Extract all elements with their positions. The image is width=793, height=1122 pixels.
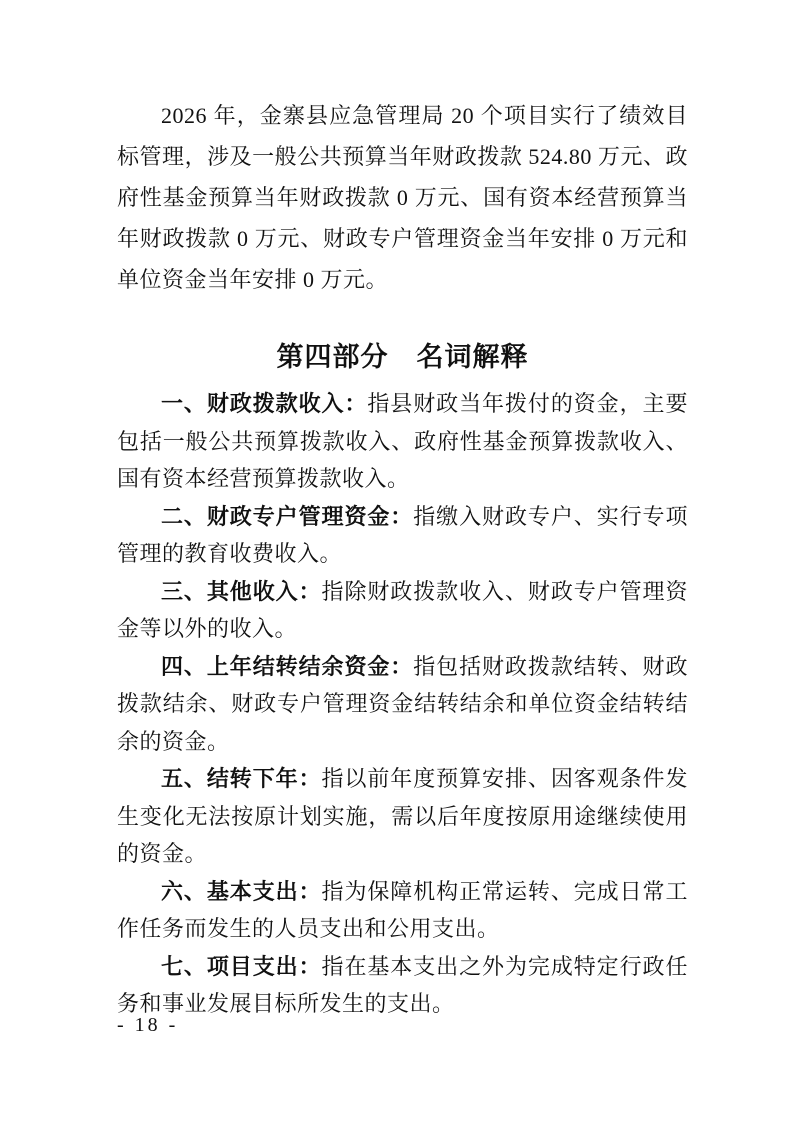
definition-term: 四、上年结转结余资金： (161, 654, 413, 679)
definition-term: 三、其他收入： (161, 579, 322, 604)
definition-item: 五、结转下年：指以前年度预算安排、因客观条件发生变化无法按原计划实施，需以后年度… (117, 760, 688, 873)
definition-item: 一、财政拨款收入：指县财政当年拨付的资金，主要包括一般公共预算拨款收入、政府性基… (117, 385, 688, 498)
definition-item: 四、上年结转结余资金：指包括财政拨款结转、财政拨款结余、财政专户管理资金结转结余… (117, 648, 688, 761)
definition-item: 六、基本支出：指为保障机构正常运转、完成日常工作任务而发生的人员支出和公用支出。 (117, 873, 688, 948)
intro-paragraph: 2026 年，金寨县应急管理局 20 个项目实行了绩效目标管理，涉及一般公共预算… (117, 95, 688, 300)
definition-term: 五、结转下年： (161, 766, 322, 791)
document-page: 2026 年，金寨县应急管理局 20 个项目实行了绩效目标管理，涉及一般公共预算… (0, 0, 793, 1122)
definitions-list: 一、财政拨款收入：指县财政当年拨付的资金，主要包括一般公共预算拨款收入、政府性基… (117, 385, 688, 1023)
definition-term: 七、项目支出： (161, 954, 322, 979)
definition-term: 六、基本支出： (161, 879, 322, 904)
definition-item: 三、其他收入：指除财政拨款收入、财政专户管理资金等以外的收入。 (117, 573, 688, 648)
definition-item: 二、财政专户管理资金：指缴入财政专户、实行专项管理的教育收费收入。 (117, 498, 688, 573)
definition-term: 二、财政专户管理资金： (161, 504, 413, 529)
definition-item: 七、项目支出：指在基本支出之外为完成特定行政任务和事业发展目标所发生的支出。 (117, 948, 688, 1023)
definition-term: 一、财政拨款收入： (161, 391, 367, 416)
page-number: - 18 - (117, 1012, 178, 1038)
section-title: 第四部分 名词解释 (117, 338, 688, 376)
